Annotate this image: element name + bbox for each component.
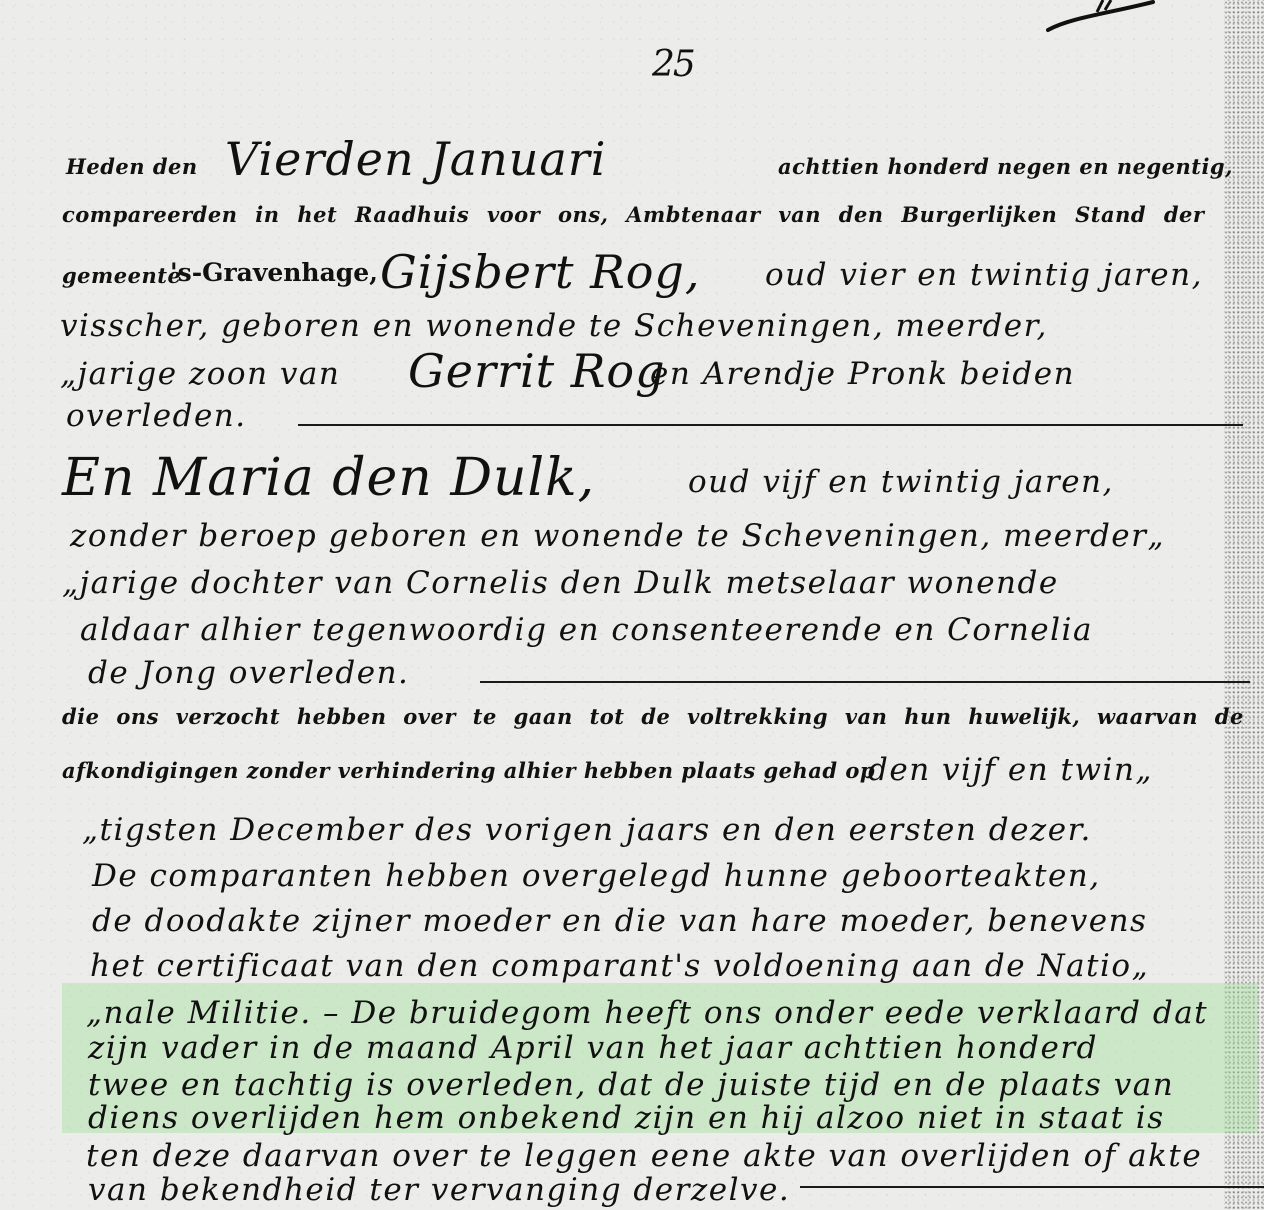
printed-municipality: 's-Gravenhage, [170, 258, 378, 287]
handwritten-text: ten deze daarvan over te leggen eene akt… [86, 1138, 1202, 1174]
handwritten-date: Vierden Januari [225, 132, 607, 186]
handwritten-text: de Jong overleden. [88, 655, 409, 691]
printed-text: Heden den [66, 154, 198, 179]
handwritten-text-highlighted: diens overlijden hem onbekend zijn en hi… [88, 1100, 1165, 1136]
handwritten-text: „jarige dochter van Cornelis den Dulk me… [62, 565, 1059, 601]
handwritten-text: De comparanten hebben overgelegd hunne g… [92, 858, 1101, 894]
handwritten-text: zonder beroep geboren en wonende te Sche… [70, 518, 1165, 554]
handwritten-text: den vijf en twin„ [868, 752, 1153, 788]
handwritten-text: „jarige zoon van [60, 356, 340, 392]
fill-line [480, 681, 1250, 683]
printed-text: afkondigingen zonder verhindering alhier… [62, 758, 875, 783]
handwritten-text: oud vijf en twintig jaren, [688, 464, 1114, 500]
handwritten-father-name: Gerrit Rog [408, 344, 666, 398]
corner-pen-mark-icon [1045, 0, 1155, 35]
handwritten-text: het certificaat van den comparant's vold… [90, 948, 1149, 984]
fill-line [298, 424, 1243, 426]
printed-text: die ons verzocht hebben over te gaan tot… [62, 704, 1244, 729]
handwritten-text-highlighted: zijn vader in de maand April van het jaa… [88, 1030, 1098, 1066]
handwritten-text: oud vier en twintig jaren, [765, 257, 1203, 293]
handwritten-bride-name: En Maria den Dulk, [62, 448, 595, 508]
handwritten-text: aldaar alhier tegenwoordig en consenteer… [80, 612, 1093, 648]
handwritten-text: overleden. [66, 398, 247, 434]
handwritten-text: „tigsten December des vorigen jaars en d… [82, 812, 1092, 848]
page-number: 25 [652, 44, 694, 85]
printed-text: gemeente [62, 263, 181, 288]
printed-text: achttien honderd negen en negentig, [778, 154, 1233, 179]
handwritten-text-highlighted: „nale Militie. – De bruidegom heeft ons … [86, 995, 1208, 1031]
document-page: 25 Heden den Vierden Januari achttien ho… [0, 0, 1264, 1210]
handwritten-text: van bekendheid ter vervanging derzelve. [88, 1172, 790, 1208]
handwritten-text: de doodakte zijner moeder en die van har… [92, 903, 1147, 939]
printed-text: compareerden in het Raadhuis voor ons, A… [62, 202, 1204, 227]
fill-line [800, 1186, 1264, 1188]
handwritten-text: en Arendje Pronk beiden [650, 356, 1075, 392]
handwritten-groom-name: Gijsbert Rog, [380, 245, 701, 299]
handwritten-text: visscher, geboren en wonende te Scheveni… [60, 308, 1048, 344]
handwritten-text-highlighted: twee en tachtig is overleden, dat de jui… [88, 1067, 1174, 1103]
